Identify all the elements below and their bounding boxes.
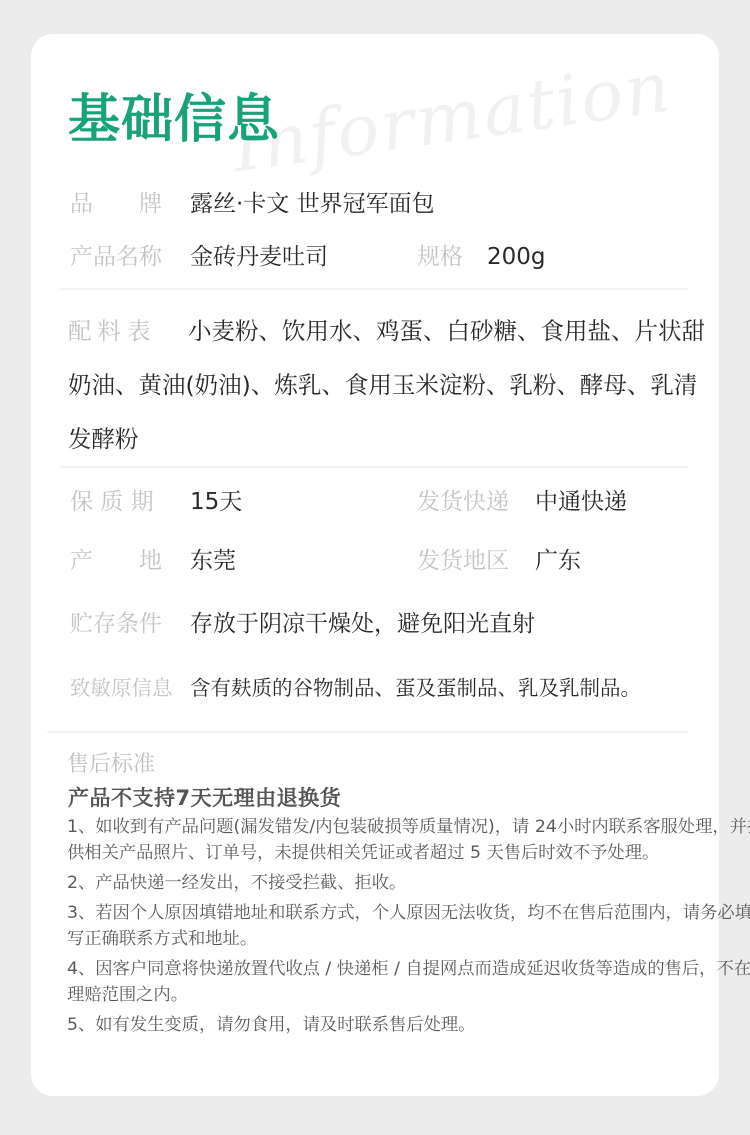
after-sales-item: 1、如收到有产品问题(漏发错发/内包装破损等质量情况)，请 24小时内联系客服处… <box>67 814 750 866</box>
after-sales-headline: 产品不支持7天无理由退换货 <box>68 782 341 812</box>
origin-value: 东莞 <box>190 548 236 574</box>
product-name-label: 产品名称 <box>70 241 190 273</box>
allergen-row: 致敏原信息含有麸质的谷物制品、蛋及蛋制品、乳及乳制品。 <box>70 672 641 704</box>
brand-row: 品 牌露丝·卡文 世界冠军面包 <box>70 188 435 220</box>
ingredients-label: 配料表 <box>68 304 188 358</box>
after-sales-list: 1、如收到有产品问题(漏发错发/内包装破损等质量情况)，请 24小时内联系客服处… <box>67 814 750 1042</box>
courier-value: 中通快递 <box>535 489 627 515</box>
after-sales-item: 5、如有发生变质，请勿食用，请及时联系售后处理。 <box>67 1012 750 1038</box>
after-sales-item: 3、若因个人原因填错地址和联系方式，个人原因无法收货，均不在售后范围内，请务必填… <box>67 900 750 952</box>
spec-row: 规格200g <box>417 241 546 273</box>
brand-value: 露丝·卡文 世界冠军面包 <box>190 191 435 217</box>
divider <box>60 466 688 468</box>
storage-label: 贮存条件 <box>70 608 190 640</box>
after-sales-item: 4、因客户同意将快递放置代收点 / 快递柜 / 自提网点而造成延迟收货等造成的售… <box>67 956 750 1008</box>
storage-value: 存放于阴凉干燥处，避免阳光直射 <box>190 611 535 637</box>
after-sales-item: 2、产品快递一经发出，不接受拦截、拒收。 <box>67 870 750 896</box>
ship-region-value: 广东 <box>535 548 581 574</box>
shelf-life-label: 保 质 期 <box>70 486 190 518</box>
courier-row: 发货快递中通快递 <box>417 486 627 518</box>
ingredients-block: 配料表小麦粉、饮用水、鸡蛋、白砂糖、食用盐、片状甜奶油、黄油(奶油)、炼乳、食用… <box>68 304 718 466</box>
spec-label: 规格 <box>417 241 487 273</box>
origin-row: 产 地东莞 <box>70 545 236 577</box>
product-name-row: 产品名称金砖丹麦吐司 <box>70 241 328 273</box>
divider <box>47 731 688 733</box>
shelf-life-value: 15天 <box>190 489 242 515</box>
ship-region-label: 发货地区 <box>417 545 535 577</box>
courier-label: 发货快递 <box>417 486 535 518</box>
divider <box>60 288 688 290</box>
after-sales-title: 售后标准 <box>67 747 155 778</box>
storage-row: 贮存条件存放于阴凉干燥处，避免阳光直射 <box>70 608 535 640</box>
page-title: 基础信息 <box>68 90 280 150</box>
info-card: Information 基础信息 品 牌露丝·卡文 世界冠军面包 产品名称金砖丹… <box>31 34 719 1096</box>
allergen-value: 含有麸质的谷物制品、蛋及蛋制品、乳及乳制品。 <box>190 676 641 700</box>
allergen-label: 致敏原信息 <box>70 672 190 704</box>
spec-value: 200g <box>487 244 546 270</box>
product-name-value: 金砖丹麦吐司 <box>190 244 328 270</box>
watermark-text: Information <box>227 46 676 189</box>
ship-region-row: 发货地区广东 <box>417 545 581 577</box>
origin-label: 产 地 <box>70 545 190 577</box>
shelf-life-row: 保 质 期15天 <box>70 486 242 518</box>
brand-label: 品 牌 <box>70 188 190 220</box>
